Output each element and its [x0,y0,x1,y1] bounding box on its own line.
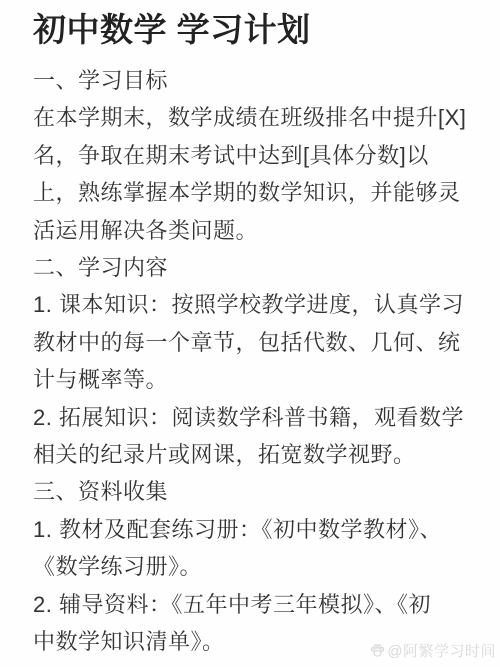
section-heading: 二、学习内容 [33,249,478,286]
document-line: 相关的纪录片或网课，拓宽数学视野。 [33,436,478,473]
section-heading: 三、资料收集 [33,473,478,510]
document-line: 1. 课本知识：按照学校教学进度，认真学习 [33,286,478,323]
document-line: 名，争取在期末考试中达到[具体分数]以 [33,137,478,174]
section-heading: 一、学习目标 [33,62,478,99]
document-line: 2. 拓展知识：阅读数学科普书籍，观看数学 [33,399,478,436]
document-body: 一、学习目标 在本学期末，数学成绩在班级排名中提升[X] 名，争取在期末考试中达… [33,62,478,661]
document-line: 2. 辅导资料：《五年中考三年模拟》、《初 [33,586,478,623]
document-line: 1. 教材及配套练习册：《初中数学教材》、 [33,511,478,548]
watermark: @阿繁学习时间 [370,640,496,661]
document-line: 上，熟练掌握本学期的数学知识，并能够灵 [33,174,478,211]
page-title: 初中数学 学习计划 [33,4,311,51]
paw-icon [370,643,385,658]
document-line: 《数学练习册》。 [33,548,478,585]
document-line: 活运用解决各类问题。 [33,212,478,249]
document-line: 教材中的每一个章节，包括代数、几何、统 [33,324,478,361]
watermark-text: @阿繁学习时间 [387,640,496,661]
study-plan-page: 初中数学 学习计划 一、学习目标 在本学期末，数学成绩在班级排名中提升[X] 名… [0,0,500,667]
document-line: 计与概率等。 [33,361,478,398]
document-line: 在本学期末，数学成绩在班级排名中提升[X] [33,99,478,136]
